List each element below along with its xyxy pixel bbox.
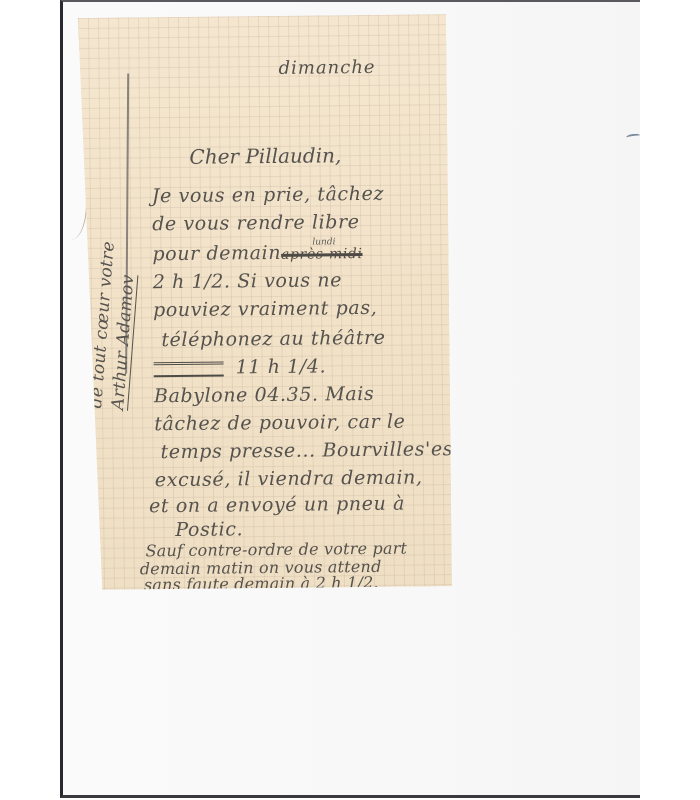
letter-line-9: tâchez de pouvoir, car le xyxy=(154,411,405,436)
letter-line-2: de vous rendre libre xyxy=(152,211,360,235)
letter-line-11: excusé, il viendra demain, xyxy=(155,466,423,491)
letter-line-1: Je vous en prie, tâchez xyxy=(152,183,384,207)
letter-line-10: temps presse... Bourvilles'est xyxy=(160,438,461,463)
scribbled-out-word xyxy=(154,361,224,377)
letter-line-3-start: pour demain xyxy=(152,242,281,265)
letter-date: dimanche xyxy=(278,57,375,79)
letter-line-7: 11 h 1/4. xyxy=(154,355,327,379)
letter-salutation: Cher Pillaudin, xyxy=(189,143,341,169)
letter-line-4: 2 h 1/2. Si vous ne xyxy=(153,269,343,293)
letter-line-5: pouviez vraiment pas, xyxy=(153,297,377,321)
margin-signature-note: de tout cœur votre Arthur Adamov xyxy=(85,108,152,410)
letter-line-13: Postic. xyxy=(175,518,243,541)
letter-line-12: et on a envoyé un pneu à xyxy=(149,493,405,518)
letter-line-6: téléphonez au théâtre xyxy=(161,327,385,351)
letter-sheet: de tout cœur votre Arthur Adamov dimanch… xyxy=(78,14,452,590)
letter-line-8: Babylone 04.35. Mais xyxy=(154,383,375,407)
struck-word: après-midi xyxy=(281,246,363,263)
inserted-word: lundi xyxy=(312,237,335,247)
letter-line-7-text: 11 h 1/4. xyxy=(236,355,327,378)
